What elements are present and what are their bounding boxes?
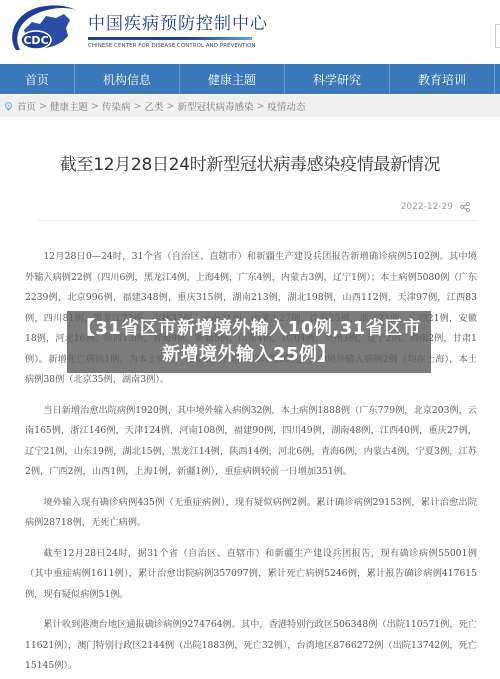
nav-item-research[interactable]: 科学研究: [285, 64, 390, 94]
breadcrumb-separator: >: [39, 101, 47, 112]
nav-item-health-topics[interactable]: 健康主题: [180, 64, 285, 94]
paragraph-cumulative: 截至12月28日24时，据31个省（自治区、直辖市）和新疆生产建设兵团报告，现有…: [25, 544, 477, 606]
org-title-underline: [88, 37, 252, 40]
breadcrumb-covid[interactable]: 新型冠状病毒感染: [177, 99, 253, 113]
breadcrumb: 首页 > 健康主题 > 传染病 > 乙类 > 新型冠状病毒感染 > 疫情动态: [0, 95, 500, 117]
location-pin-icon: [4, 102, 13, 111]
org-name-cn: 中国疾病预防控制中心: [88, 14, 268, 34]
breadcrumb-home[interactable]: 首页: [17, 99, 36, 113]
nav-item-home[interactable]: 首页: [0, 64, 75, 94]
breadcrumb-separator: >: [256, 101, 264, 112]
nav-item-institution[interactable]: 机构信息: [75, 64, 180, 94]
breadcrumb-epidemic-updates[interactable]: 疫情动态: [267, 99, 305, 113]
breadcrumb-separator: >: [133, 101, 141, 112]
paragraph-hk-macao-taiwan: 累计收到港澳台地区通报确诊病例9274764例。其中，香港特别行政区506348…: [25, 615, 477, 677]
breadcrumb-separator: >: [91, 101, 99, 112]
article-date: 2022-12-29: [401, 202, 453, 212]
search-box-edge[interactable]: [495, 24, 500, 48]
breadcrumb-health-topics[interactable]: 健康主题: [50, 99, 88, 113]
article-meta: 2022-12-29: [401, 202, 470, 212]
main-nav: 首页 机构信息 健康主题 科学研究 教育培训: [0, 64, 500, 94]
org-title: 中国疾病预防控制中心 CHINESE CENTER FOR DISEASE CO…: [88, 14, 268, 49]
breadcrumb-class-b[interactable]: 乙类: [144, 99, 163, 113]
title-divider: [38, 220, 478, 221]
breadcrumb-separator: >: [166, 101, 174, 112]
svg-text:CDC: CDC: [23, 34, 48, 47]
paragraph-recoveries: 当日新增治愈出院病例1920例，其中境外输入病例32例，本土病例1888例（广东…: [25, 401, 477, 483]
article-title: 截至12月28日24时新型冠状病毒感染疫情最新情况: [0, 150, 500, 175]
site-header: CDC 中国疾病预防控制中心 CHINESE CENTER FOR DISEAS…: [0, 0, 500, 62]
org-name-en: CHINESE CENTER FOR DISEASE CONTROL AND P…: [88, 43, 268, 49]
share-icon[interactable]: [460, 202, 470, 212]
nav-item-education[interactable]: 教育培训: [390, 64, 495, 94]
paragraph-imported-totals: 境外输入现有确诊病例435例（无重症病例），现有疑似病例2例。累计确诊病例291…: [25, 493, 477, 534]
headline-overlay-banner: 【31省区市新增境外输入10例,31省区市新增境外输入25例】: [67, 311, 431, 373]
breadcrumb-infectious-disease[interactable]: 传染病: [102, 99, 131, 113]
cdc-logo-icon[interactable]: CDC: [6, 2, 78, 58]
nav-item-overflow[interactable]: [495, 64, 500, 94]
